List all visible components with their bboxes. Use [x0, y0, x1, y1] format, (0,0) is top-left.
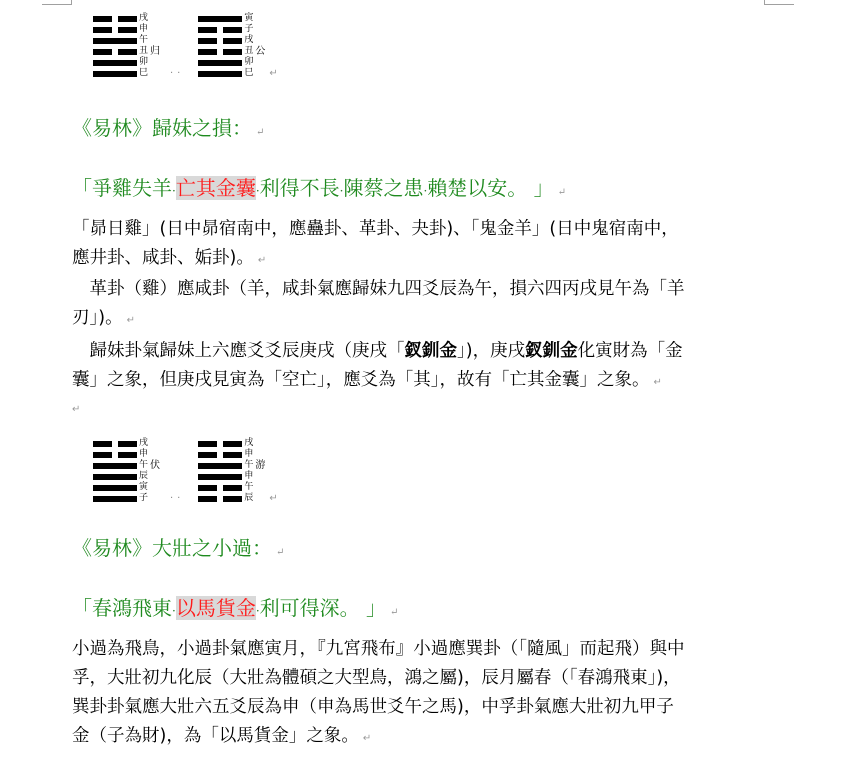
- yin-line: 戌: [198, 35, 265, 46]
- text-line: 小過為飛鳥，小過卦氣應寅月，『九宮飛布』小過應巽卦（「隨風」而起飛）與中: [72, 635, 772, 664]
- bold-term: 釵釧金: [525, 341, 578, 361]
- branch-label: 辰: [139, 471, 149, 482]
- quote-2: 「春鴻飛東·以馬貨金·利可得深。 」↵: [72, 592, 398, 621]
- page-corner-mark-right: [764, 0, 794, 5]
- yang-line: 巳: [198, 68, 265, 79]
- hexagram-xiao-guo: 戌申午游申午辰: [198, 438, 265, 504]
- yin-line: 戌: [198, 438, 265, 449]
- branch-label: 子: [139, 493, 149, 504]
- yang-line: 午伏: [93, 460, 160, 471]
- hexagram-da-zhuang: 戌申午伏辰寅子: [93, 438, 160, 504]
- branch-label: 午: [244, 482, 254, 493]
- spacer-dots: ··: [170, 68, 184, 79]
- yin-bar: [93, 452, 137, 458]
- branch-label: 午: [139, 35, 149, 46]
- yin-bar: [93, 49, 137, 55]
- yin-line: 申: [198, 449, 265, 460]
- branch-label: 申: [244, 449, 254, 460]
- yin-line: 丑公: [198, 46, 265, 57]
- text-line: 巽卦卦氣應大壯六五爻辰為申（申為馬世爻午之馬)，中孚卦氣應大壯初九甲子: [72, 693, 772, 722]
- paragraph-mark: ↵: [390, 607, 398, 618]
- text-line: 革卦（雞）應咸卦（羊，咸卦氣應歸妹九四爻辰為午，損六四丙戌見午為「羊: [72, 275, 772, 304]
- branch-label: 卯: [139, 57, 149, 68]
- hexagram-pair-1: 戌申午丑归卯巳 ·· 寅子戌丑公卯巳 ↵: [93, 13, 278, 79]
- yang-bar: [93, 60, 137, 66]
- paragraph-mark: ↵: [269, 68, 277, 79]
- quote-phrase: 陳蔡之患: [343, 176, 423, 200]
- yang-bar: [198, 474, 242, 480]
- text-line: 刃」)。: [72, 308, 123, 328]
- section-title-2: 《易林》大壯之小過：↵: [72, 532, 284, 561]
- text-line: 金（子為財)，為「以馬貨金」之象。: [72, 726, 359, 746]
- yin-bar: [198, 49, 242, 55]
- line-note: 伏: [150, 460, 160, 471]
- yang-line: 寅: [93, 482, 160, 493]
- branch-label: 戌: [244, 438, 254, 449]
- yang-line: 申: [198, 471, 265, 482]
- title-text: 《易林》歸妹之損：: [72, 116, 252, 140]
- yang-line: 辰: [93, 471, 160, 482]
- branch-label: 丑: [244, 46, 254, 57]
- yang-bar: [198, 16, 242, 22]
- quote-open: 「: [72, 596, 92, 620]
- branch-label: 巳: [244, 68, 254, 79]
- yin-line: 申: [93, 24, 160, 35]
- quote-1: 「爭雞失羊·亡其金囊·利得不長·陳蔡之患·賴楚以安。 」↵: [72, 172, 566, 201]
- branch-label: 寅: [139, 482, 149, 493]
- line-note: 归: [150, 46, 160, 57]
- quote-close: 」: [534, 176, 554, 200]
- yin-bar: [93, 441, 137, 447]
- branch-label: 戌: [139, 13, 149, 24]
- text-run: 歸妹卦氣歸妹上六應爻爻辰庚戌（庚戌「: [72, 341, 405, 361]
- paragraph-mark: ↵: [256, 127, 264, 138]
- branch-label: 子: [244, 24, 254, 35]
- text-line: 孚，大壯初九化辰（大壯為體碩之大型鳥，鴻之屬)，辰月屬春（「春鴻飛東」)，: [72, 664, 772, 693]
- branch-label: 戌: [139, 438, 149, 449]
- yang-bar: [93, 485, 137, 491]
- spacer-dots: ··: [170, 493, 184, 504]
- hexagram-sun: 寅子戌丑公卯巳: [198, 13, 265, 79]
- quote-close: 」: [366, 596, 386, 620]
- hexagram-pair-2: 戌申午伏辰寅子 ·· 戌申午游申午辰 ↵: [93, 432, 278, 504]
- yang-bar: [93, 38, 137, 44]
- yin-bar: [198, 452, 242, 458]
- paragraph-mark: ↵: [269, 493, 277, 504]
- yin-line: 戌: [93, 13, 160, 24]
- line-note: 公: [255, 46, 265, 57]
- quote-phrase: 爭雞失羊: [92, 176, 172, 200]
- paragraph-3: 歸妹卦氣歸妹上六應爻爻辰庚戌（庚戌「釵釧金」)，庚戌釵釧金化寅財為「金 囊」之象…: [72, 337, 772, 397]
- branch-label: 午: [139, 460, 149, 471]
- yin-line: 丑归: [93, 46, 160, 57]
- yang-bar: [93, 496, 137, 502]
- yang-bar: [198, 463, 242, 469]
- yin-line: 申: [93, 449, 160, 460]
- paragraph-mark: ↵: [558, 187, 566, 198]
- bold-term: 釵釧金: [405, 341, 458, 361]
- empty-paragraph: ↵: [72, 404, 80, 415]
- yang-line: 午: [93, 35, 160, 46]
- yang-line: 子: [93, 493, 160, 504]
- text-run: 」)，庚戌: [457, 341, 525, 361]
- title-text: 《易林》大壯之小過：: [72, 536, 272, 560]
- branch-label: 巳: [139, 68, 149, 79]
- branch-label: 丑: [139, 46, 149, 57]
- quote-open: 「: [72, 176, 92, 200]
- highlighted-phrase: 以馬貨金: [176, 596, 256, 620]
- quote-phrase: 利可得深。: [260, 596, 360, 620]
- yin-bar: [198, 38, 242, 44]
- yin-bar: [93, 16, 137, 22]
- branch-label: 寅: [244, 13, 254, 24]
- yang-line: 午游: [198, 460, 265, 471]
- branch-label: 申: [244, 471, 254, 482]
- quote-phrase: 春鴻飛東: [92, 596, 172, 620]
- yin-bar: [198, 485, 242, 491]
- hexagram-gui-mei: 戌申午丑归卯巳: [93, 13, 160, 79]
- yin-line: 辰: [198, 493, 265, 504]
- paragraph-mark: ↵: [276, 547, 284, 558]
- yang-bar: [93, 463, 137, 469]
- text-line: 「昴日雞」(日中昴宿南中，應蠱卦、革卦、夬卦)、「鬼金羊」(日中鬼宿南中，: [72, 215, 772, 244]
- text-line: 應井卦、咸卦、姤卦)。: [72, 248, 254, 268]
- paragraph-mark: ↵: [363, 733, 371, 744]
- yin-line: 子: [198, 24, 265, 35]
- paragraph-mark: ↵: [127, 315, 135, 326]
- paragraph-mark: ↵: [258, 255, 266, 266]
- yang-line: 卯: [198, 57, 265, 68]
- yang-line: 卯: [93, 57, 160, 68]
- branch-label: 申: [139, 449, 149, 460]
- yin-bar: [198, 496, 242, 502]
- branch-label: 卯: [244, 57, 254, 68]
- yang-bar: [93, 474, 137, 480]
- line-note: 游: [255, 460, 265, 471]
- section-title-1: 《易林》歸妹之損：↵: [72, 112, 264, 141]
- quote-phrase: 利得不長: [260, 176, 340, 200]
- yin-bar: [198, 27, 242, 33]
- yang-bar: [198, 60, 242, 66]
- branch-label: 申: [139, 24, 149, 35]
- highlighted-phrase: 亡其金囊: [176, 176, 256, 200]
- text-run: 化寅財為「金: [578, 341, 683, 361]
- paragraph-mark: ↵: [654, 377, 662, 388]
- quote-phrase: 賴楚以安。: [427, 176, 527, 200]
- branch-label: 戌: [244, 35, 254, 46]
- yang-line: 寅: [198, 13, 265, 24]
- yin-bar: [93, 27, 137, 33]
- text-line: 囊」之象，但庚戌見寅為「空亡」，應爻為「其」，故有「亡其金囊」之象。: [72, 370, 650, 390]
- yang-bar: [93, 71, 137, 77]
- paragraph-1: 「昴日雞」(日中昴宿南中，應蠱卦、革卦、夬卦)、「鬼金羊」(日中鬼宿南中， 應井…: [72, 215, 772, 275]
- yang-line: 巳: [93, 68, 160, 79]
- yin-line: 戌: [93, 438, 160, 449]
- yin-bar: [198, 441, 242, 447]
- page-corner-mark-left: [42, 0, 72, 5]
- paragraph-2: 革卦（雞）應咸卦（羊，咸卦氣應歸妹九四爻辰為午，損六四丙戌見午為「羊 刃」)。↵: [72, 275, 772, 335]
- branch-label: 午: [244, 460, 254, 471]
- yin-line: 午: [198, 482, 265, 493]
- branch-label: 辰: [244, 493, 254, 504]
- yang-bar: [198, 71, 242, 77]
- paragraph-4: 小過為飛鳥，小過卦氣應寅月，『九宮飛布』小過應巽卦（「隨風」而起飛）與中 孚，大…: [72, 635, 772, 753]
